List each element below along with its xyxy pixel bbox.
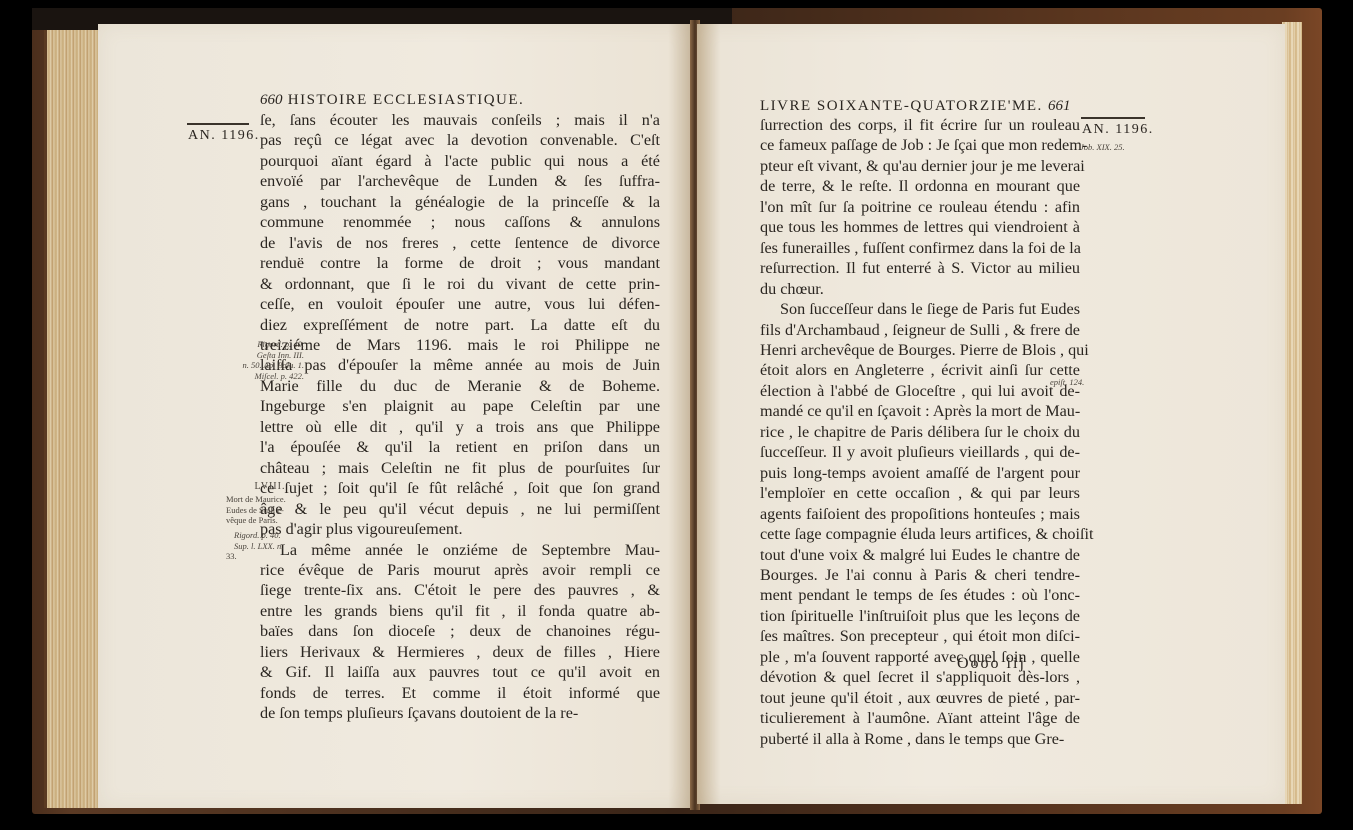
text-line: ſurrection des corps, il fit écrire ſur … bbox=[760, 115, 1080, 135]
left-running-head: 660 HISTOIRE ECCLESIASTIQUE. bbox=[260, 92, 524, 109]
text-line: l'emploïer en cette occaſion , & qui par… bbox=[760, 483, 1080, 503]
text-line: mandé ce qu'il en ſçavoit : Après la mor… bbox=[760, 401, 1080, 421]
text-line: ce ſujet ; ſoit qu'il ſe fût relâché , ſ… bbox=[260, 478, 660, 498]
text-line: & Gif. Il laiſſa aux pauvres tout ce qu'… bbox=[260, 662, 660, 682]
text-line: pas d'agir plus vigoureuſement. bbox=[260, 519, 660, 539]
text-line: puis long-temps avoient amaſſé de l'arge… bbox=[760, 463, 1080, 483]
left-year-marker: AN. 1196. bbox=[188, 128, 260, 144]
text-line: Ingeburge s'en plaignit au pape Celeſtin… bbox=[260, 396, 660, 416]
text-line: entre les grands biens qu'il fit , il fo… bbox=[260, 601, 660, 621]
text-line: âge & le peu qu'il vécut depuis , ne lui… bbox=[260, 499, 660, 519]
text-line: lettre où elle dit , qu'il y a trois ans… bbox=[260, 417, 660, 437]
text-line: rice évêque de Paris mourut après avoir … bbox=[260, 560, 660, 580]
left-body-text: ſe, ſans écouter les mauvais conſeils ; … bbox=[260, 110, 660, 724]
text-line: agents faiſoient des propoſitions honteu… bbox=[760, 504, 1080, 524]
text-line: baïes dans ſon dioceſe ; deux de chanoin… bbox=[260, 621, 660, 641]
right-body-text: ſurrection des corps, il fit écrire ſur … bbox=[760, 115, 1080, 749]
text-line: renduë contre la forme de droit ; vous m… bbox=[260, 253, 660, 273]
text-line: gans , touchant la généalogie de la prin… bbox=[260, 192, 660, 212]
text-line: ſes funerailles , fuſſent confirmez dans… bbox=[760, 238, 1080, 258]
text-line: commune renommée ; nous caſſons & annulo… bbox=[260, 212, 660, 232]
text-line: dévotion & quel ſecret il s'appliquoit d… bbox=[760, 667, 1080, 687]
text-line: & ordonnant, que ſi le roi du vivant de … bbox=[260, 274, 660, 294]
text-line: étoit alors en Angleterre , écrivit ainſ… bbox=[760, 360, 1080, 380]
section-summary: Mort de Maurice. Eudes de Sulli é- vêque… bbox=[226, 494, 314, 526]
text-line: envoïé par l'archevêque de Lunden & ſes … bbox=[260, 171, 660, 191]
text-line: tout jeune qu'il étoit , aux œuvres de p… bbox=[760, 688, 1080, 708]
text-line: ment pendant le temps de ſes études : où… bbox=[760, 585, 1080, 605]
section-number: LVIII. bbox=[230, 482, 310, 493]
text-line: château ; mais Celeſtin ne fit plus de p… bbox=[260, 458, 660, 478]
text-line: ſucceſſeur. Il y avoit pluſieurs vieilla… bbox=[760, 442, 1080, 462]
text-line: l'a épouſée & qu'il la retient en priſon… bbox=[260, 437, 660, 457]
text-line: ce fameux paſſage de Job : Je ſçai que m… bbox=[760, 135, 1080, 155]
text-line: La même année le onziéme de Septembre Ma… bbox=[260, 540, 660, 560]
text-line: cette ſage compagnie éluda leurs artific… bbox=[760, 524, 1080, 544]
text-line: ſes maîtres. Son precepteur , qui étoit … bbox=[760, 626, 1080, 646]
text-line: ceſſe, en vouloit épouſer une autre, vou… bbox=[260, 294, 660, 314]
text-line: puberté il alla à Rome , dans le temps q… bbox=[760, 729, 1080, 749]
text-line: tion ſpirituelle l'inſtruiſoit plus que … bbox=[760, 606, 1080, 626]
text-line: ſiege trente-ſix ans. C'étoit le pere de… bbox=[260, 580, 660, 600]
right-running-title: LIVRE SOIXANTE-QUATORZIE'ME. bbox=[760, 98, 1043, 114]
text-line: tout d'une voix & malgré lui Eudes le ch… bbox=[760, 545, 1080, 565]
text-line: de l'avis de nos freres , cette ſentence… bbox=[260, 233, 660, 253]
text-line: l'on mît ſur ſa poitrine ce rouleau éten… bbox=[760, 197, 1080, 217]
page-edges-left bbox=[44, 30, 105, 808]
text-line: que tous les hommes de lettres qui viend… bbox=[760, 217, 1080, 237]
text-line: de terre, & le reſte. Il ordonna en mour… bbox=[760, 176, 1080, 196]
text-line: du chœur. bbox=[760, 279, 1080, 299]
text-line: Henri archevêque de Bourges. Pierre de B… bbox=[760, 340, 1080, 360]
left-margin-citation-1: Rigord. p. 40. Geſta Inn. III. n. 50. Ap… bbox=[204, 339, 304, 381]
year-rule bbox=[1081, 117, 1145, 119]
signature-mark: Oooo iij bbox=[957, 655, 1026, 673]
text-line: diez expreſſément de notre part. La datt… bbox=[260, 315, 660, 335]
text-line: de ſon temps pluſieurs ſçavans doutoient… bbox=[260, 703, 660, 723]
text-line: fonds de terres. Et comme il étoit infor… bbox=[260, 683, 660, 703]
text-line: ſe, ſans écouter les mauvais conſeils ; … bbox=[260, 110, 660, 130]
text-line: Marie fille du duc de Meranie & de Bohem… bbox=[260, 376, 660, 396]
text-line: treiziéme de Mars 1196. mais le roi Phil… bbox=[260, 335, 660, 355]
left-margin-citation-2: Rigord. p. 40. Sup. l. LXX. n. 33. bbox=[226, 530, 314, 562]
left-page-number: 660 bbox=[260, 92, 283, 108]
right-page-number: 661 bbox=[1048, 98, 1071, 114]
text-line: élection à l'abbé de Gloceſtre , qui lui… bbox=[760, 381, 1080, 401]
right-running-head: LIVRE SOIXANTE-QUATORZIE'ME. 661 bbox=[760, 98, 1070, 115]
text-line: laiſſa pas d'épouſer la même année au mo… bbox=[260, 355, 660, 375]
text-line: liers Herivaux & Hermieres , deux de fil… bbox=[260, 642, 660, 662]
text-line: Son ſucceſſeur dans le ſiege de Paris fu… bbox=[760, 299, 1080, 319]
text-line: rice , le chapitre de Paris délibera ſur… bbox=[760, 422, 1080, 442]
page-edges-right bbox=[1282, 22, 1302, 804]
text-line: pteur eſt vivant, & qu'au dernier jour j… bbox=[760, 156, 1080, 176]
year-rule bbox=[187, 123, 249, 125]
text-line: fils d'Archambaud , ſeigneur de Sulli , … bbox=[760, 320, 1080, 340]
text-line: ple , m'a ſouvent rapporté avec quel ſoi… bbox=[760, 647, 1080, 667]
left-running-title: HISTOIRE ECCLESIASTIQUE. bbox=[288, 92, 525, 108]
text-line: pas reçû ce légat avec la devotion conve… bbox=[260, 130, 660, 150]
text-line: Bourges. Je l'ai connu à Paris & cheri t… bbox=[760, 565, 1080, 585]
text-line: pourquoi aïant égard à l'acte public qui… bbox=[260, 151, 660, 171]
text-line: ticulierement à l'aumône. Aïant atteint … bbox=[760, 708, 1080, 728]
right-year-marker: AN. 1196. bbox=[1082, 122, 1154, 138]
text-line: reſurrection. Il fut enterré à S. Victor… bbox=[760, 258, 1080, 278]
